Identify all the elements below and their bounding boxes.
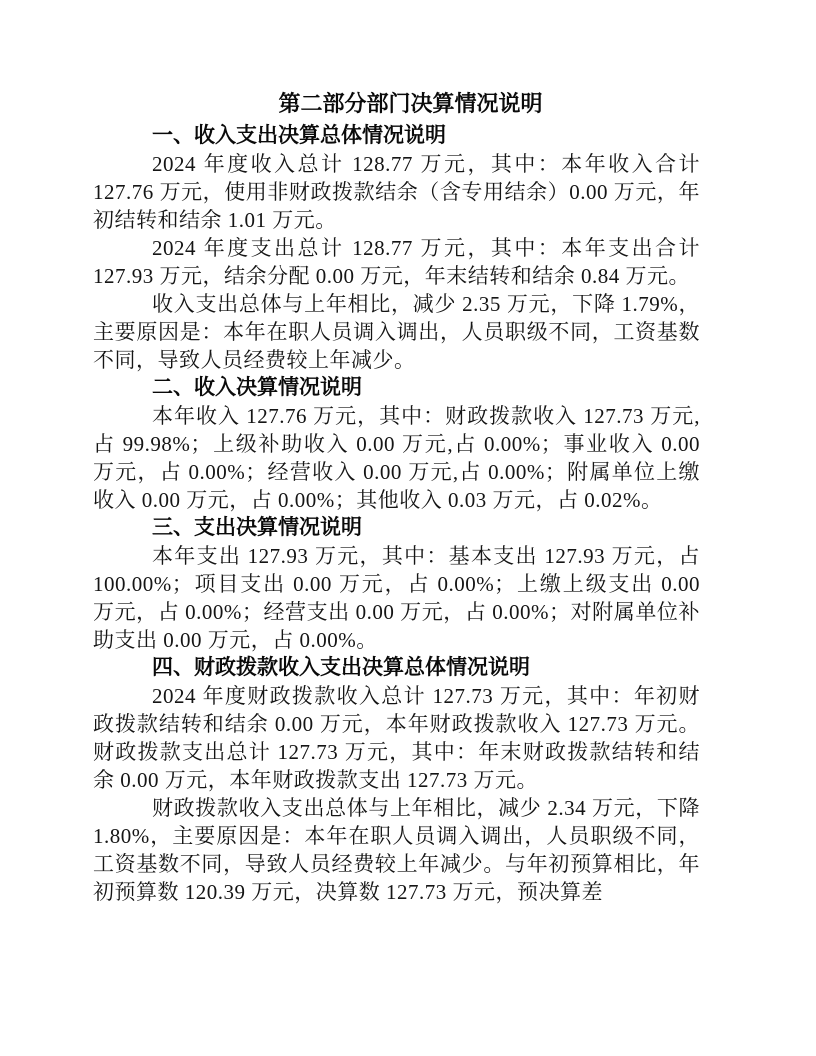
section-income-expense-overview: 一、收入支出决算总体情况说明 2024 年度收入总计 128.77 万元，其中：… [93, 122, 700, 374]
section-heading-1: 一、收入支出决算总体情况说明 [93, 122, 700, 150]
paragraph-total-expense: 2024 年度支出总计 128.77 万元，其中：本年支出合计 127.93 万… [93, 234, 700, 290]
paragraph-expense-breakdown: 本年支出 127.93 万元，其中：基本支出 127.93 万元，占 100.0… [93, 542, 700, 654]
section-heading-2: 二、收入决算情况说明 [93, 374, 700, 402]
document-page: 第二部分部门决算情况说明 一、收入支出决算总体情况说明 2024 年度收入总计 … [0, 0, 816, 1056]
section-income-detail: 二、收入决算情况说明 本年收入 127.76 万元，其中：财政拨款收入 127.… [93, 374, 700, 514]
document-content: 第二部分部门决算情况说明 一、收入支出决算总体情况说明 2024 年度收入总计 … [93, 88, 700, 906]
paragraph-income-breakdown: 本年收入 127.76 万元，其中：财政拨款收入 127.73 万元,占 99.… [93, 402, 700, 514]
paragraph-appropriation-yoy-budget-compare: 财政拨款收入支出总体与上年相比，减少 2.34 万元，下降 1.80%，主要原因… [93, 794, 700, 906]
paragraph-total-income: 2024 年度收入总计 128.77 万元，其中：本年收入合计 127.76 万… [93, 150, 700, 234]
paragraph-yoy-change: 收入支出总体与上年相比，减少 2.35 万元，下降 1.79%，主要原因是：本年… [93, 290, 700, 374]
section-expense-detail: 三、支出决算情况说明 本年支出 127.93 万元，其中：基本支出 127.93… [93, 514, 700, 654]
paragraph-appropriation-totals: 2024 年度财政拨款收入总计 127.73 万元，其中：年初财政拨款结转和结余… [93, 682, 700, 794]
section-fiscal-appropriation-overview: 四、财政拨款收入支出决算总体情况说明 2024 年度财政拨款收入总计 127.7… [93, 654, 700, 906]
section-heading-3: 三、支出决算情况说明 [93, 514, 700, 542]
section-heading-4: 四、财政拨款收入支出决算总体情况说明 [93, 654, 700, 682]
document-title: 第二部分部门决算情况说明 [93, 88, 700, 119]
